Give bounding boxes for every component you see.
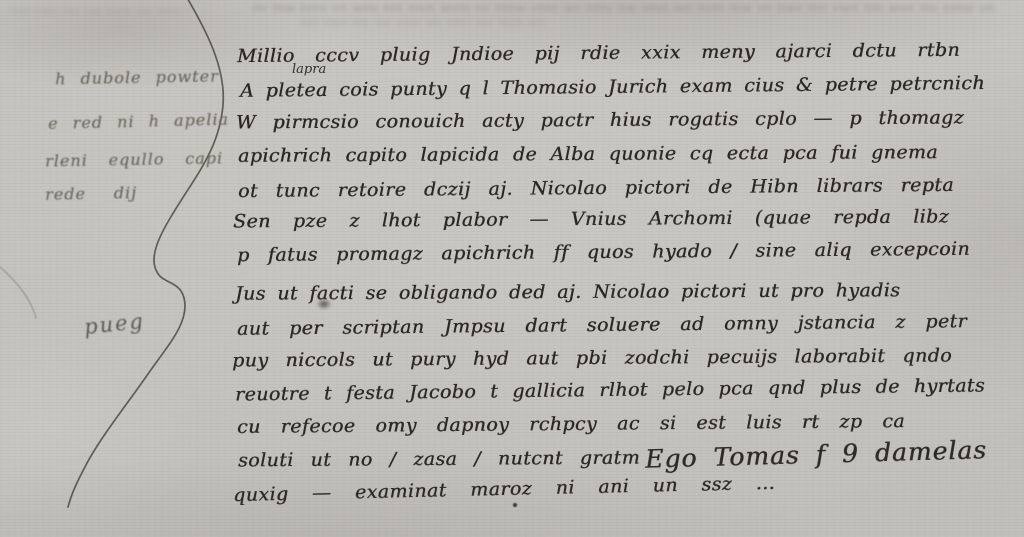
- manuscript-line: aut per scriptan Jmpsu dart soluere ad o…: [237, 310, 967, 340]
- manuscript-line: p fatus promagz apichrich ff quos hyado …: [237, 238, 970, 266]
- publication-mark: pueg: [83, 309, 146, 339]
- manuscript-line: Jus ut facti se obligando ded aj. Nicola…: [235, 279, 900, 304]
- manuscript-line: reuotre t festa Jacobo t gallicia rlhot …: [235, 374, 985, 405]
- manuscript-line: cu refecoe omy dapnoy rchpcy ac si est l…: [237, 410, 905, 438]
- bleed-through-text-top: nv mw nmv vn wnv nm mvn wvm nv mnw vnm w…: [252, 1, 997, 18]
- margin-note-line: rleni equllo capi: [45, 148, 223, 170]
- manuscript-line: A pletea cois punty q l Thomasio Jurich …: [240, 72, 975, 102]
- manuscript-line: puy niccols ut pury hyd aut pbi zodchi p…: [232, 344, 952, 371]
- bleed-through-text-corner: nm vwn mv nw vnm wv nmv nw mvn wn: [10, 4, 190, 18]
- margin-note-line: e red ni h apelia: [48, 110, 216, 133]
- manuscript-line: apichrich capito lapicida de Alba quonie…: [238, 141, 938, 167]
- margin-note-line: rede dij: [45, 183, 137, 204]
- manuscript-line: W pirmcsio conouich acty pactr hius roga…: [236, 106, 964, 133]
- notary-signature: Ego Tomas f 9 damelas: [645, 435, 988, 474]
- manuscript-line: quxig — examinat maroz ni ani un ssz ...: [233, 472, 775, 506]
- manuscript-line: ot tunc retoire dczij aj. Nicolao pictor…: [238, 174, 954, 202]
- manuscript-line: Millio cccv pluig Jndioe pij rdie xxix m…: [237, 39, 960, 67]
- manuscript-line: soluti ut no / zasa / nutcnt gratm: [238, 447, 640, 472]
- bleed-through-text-second: nm vwn mv nw vnm wv nmv nw mvn wn: [300, 15, 770, 29]
- manuscript-line: Sen pze z lhot plabor — Vnius Archomi (q…: [233, 206, 949, 233]
- ink-smudge: [316, 298, 332, 310]
- ink-dot: [513, 503, 517, 507]
- margin-note-line: h dubole powter: [55, 67, 217, 89]
- manuscript-page: nv mw nmv vn wnv nm mvn wvm nv mnw vnm w…: [0, 0, 1024, 537]
